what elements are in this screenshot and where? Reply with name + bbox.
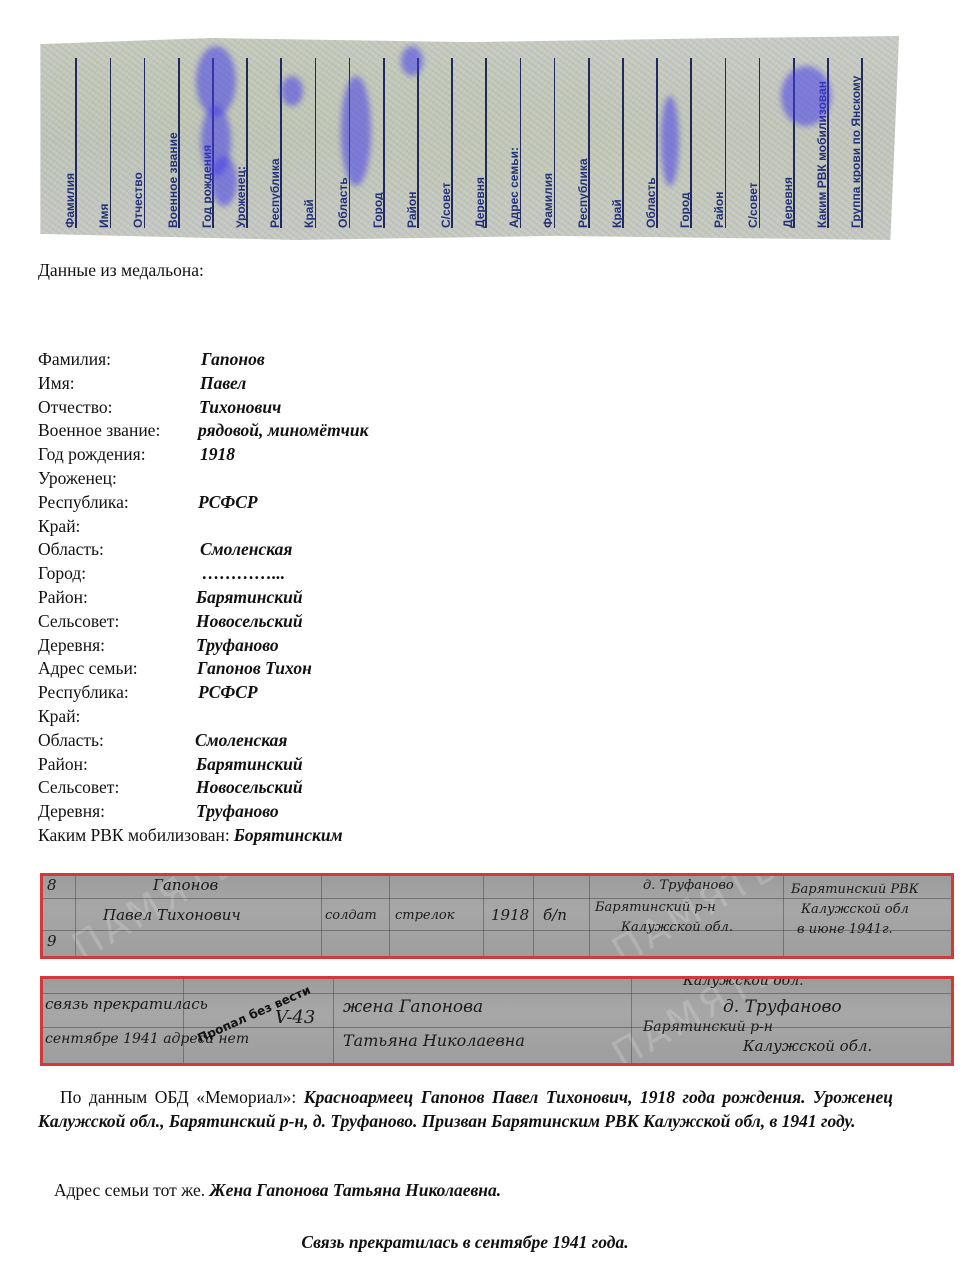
field-label: Военное звание: [38, 419, 160, 443]
field-row: Фамилия:Гапонов [38, 348, 343, 372]
field-row: Адрес семьи:Гапонов Тихон [38, 657, 343, 681]
form-label: Адрес семьи: [507, 147, 521, 228]
form-column: Край [302, 58, 316, 228]
scan-birthplace: Барятинский р-н [595, 900, 716, 915]
ink-stain [661, 96, 679, 186]
ink-stain [401, 46, 423, 76]
form-column: Группа крови по Янскому [849, 58, 863, 228]
field-value: Новосельский [196, 610, 303, 634]
form-label: Фамилия [63, 173, 77, 228]
ink-stain [211, 156, 237, 206]
field-label: Край: [38, 515, 80, 539]
field-value: РСФСР [198, 681, 258, 705]
form-column: Город [371, 58, 385, 228]
field-row: Район:Барятинский [38, 753, 343, 777]
field-label: Республика: [38, 491, 129, 515]
scan-conscription: Барятинский РВК [791, 882, 919, 897]
scan-reason: связь прекратилась [45, 995, 208, 1013]
closing-statement: Связь прекратилась в сентябре 1941 года. [0, 1230, 930, 1254]
field-row: Район:Барятинский [38, 586, 343, 610]
field-row: Каким РВК мобилизован:Борятинским [38, 824, 343, 848]
field-label: Уроженец: [38, 467, 117, 491]
field-label: Сельсовет: [38, 776, 119, 800]
field-row: Сельсовет:Новосельский [38, 610, 343, 634]
field-value: Павел [200, 372, 246, 396]
form-label: Военное звание [166, 132, 180, 228]
field-value: Гапонов Тихон [197, 657, 312, 681]
form-column: Район [405, 58, 419, 228]
medallion-fields: Фамилия:ГапоновИмя:ПавелОтчество:Тихонов… [38, 348, 343, 848]
field-label: Область: [38, 729, 104, 753]
field-label: Фамилия: [38, 348, 111, 372]
medallion-form-image: ФамилияИмяОтчествоВоенное званиеГод рожд… [40, 36, 899, 240]
form-label: Город [678, 192, 692, 228]
form-label: Имя [97, 203, 111, 228]
field-label: Район: [38, 586, 88, 610]
field-row: Республика:РСФСР [38, 681, 343, 705]
form-column: Район [712, 58, 726, 228]
field-value: Труфаново [196, 634, 279, 658]
form-label: Республика [576, 158, 590, 228]
scan-address: Калужской обл. [743, 1037, 872, 1055]
field-row: Республика:РСФСР [38, 491, 343, 515]
form-label: Область [644, 177, 658, 228]
field-row: Край: [38, 515, 343, 539]
field-label: Имя: [38, 372, 75, 396]
field-value: Новосельский [196, 776, 303, 800]
form-column: Область [644, 58, 658, 228]
form-column: Деревня [473, 58, 487, 228]
form-column: Фамилия [541, 58, 555, 228]
scan-birthplace: д. Труфаново [643, 878, 734, 893]
form-label: Деревня [473, 177, 487, 228]
form-column: Республика [576, 58, 590, 228]
scan-specialty: стрелок [395, 908, 455, 923]
field-value: Барятинский [196, 586, 303, 610]
family-paragraph: Адрес семьи тот же. Жена Гапонова Татьян… [38, 1178, 893, 1202]
field-row: Военное звание:рядовой, миномётчик [38, 419, 343, 443]
form-column: Имя [97, 58, 111, 228]
form-label: Фамилия [541, 173, 555, 228]
field-label: Республика: [38, 681, 129, 705]
family-lead: Адрес семьи тот же. [54, 1180, 205, 1200]
field-label: Край: [38, 705, 80, 729]
field-row: Уроженец: [38, 467, 343, 491]
form-column: Отчество [131, 58, 145, 228]
field-value: Тихонович [199, 396, 281, 420]
scan-name: Павел Тихонович [103, 906, 241, 924]
field-label: Деревня: [38, 800, 105, 824]
field-label: Деревня: [38, 634, 105, 658]
form-label: Район [712, 192, 726, 228]
field-value: Труфаново [196, 800, 279, 824]
scan-relative: жена Гапонова [343, 997, 483, 1017]
scan-birthplace: Калужской обл. [621, 920, 733, 935]
field-row: Область:Смоленская [38, 538, 343, 562]
form-label: Республика [268, 158, 282, 228]
scan-address: Барятинский р-н [643, 1019, 773, 1035]
scan-conscription: в июне 1941г. [797, 922, 893, 937]
field-row: Деревня:Труфаново [38, 634, 343, 658]
field-label: Отчество: [38, 396, 112, 420]
obd-memorial-paragraph: По данным ОБД «Мемориал»: Красноармеец Г… [38, 1085, 893, 1133]
form-label: С/совет [746, 182, 760, 228]
field-row: Край: [38, 705, 343, 729]
form-column: Город [678, 58, 692, 228]
form-label: С/совет [439, 182, 453, 228]
field-label: Сельсовет: [38, 610, 119, 634]
obd-lead: По данным ОБД «Мемориал»: [60, 1087, 296, 1107]
field-row: Деревня:Труфаново [38, 800, 343, 824]
scan-conscription: Калужской обл [801, 902, 909, 917]
family-text: Жена Гапонова Татьяна Николаевна. [210, 1180, 502, 1200]
form-column: Край [610, 58, 624, 228]
form-column: С/совет [746, 58, 760, 228]
field-row: Год рождения:1918 [38, 443, 343, 467]
field-label: Адрес семьи: [38, 657, 138, 681]
form-column: Военное звание [166, 58, 180, 228]
form-label: Край [302, 199, 316, 228]
field-label: Каким РВК мобилизован: [38, 824, 230, 848]
section-heading: Данные из медальона: [38, 260, 204, 281]
archive-record-scan-1: ПАМЯТЬ ПАМЯТЬ 8 9 Гапонов Павел Тихонови… [40, 873, 954, 959]
scan-year: 1918 [491, 906, 529, 924]
field-row: Город:…………... [38, 562, 343, 586]
ink-stain [341, 76, 371, 186]
scan-address: Калужской обл. [683, 976, 804, 989]
form-column: С/совет [439, 58, 453, 228]
form-label: Деревня [781, 177, 795, 228]
field-value: Борятинским [234, 825, 343, 845]
form-label: Область [336, 177, 350, 228]
field-value: …………... [202, 562, 285, 586]
scan-status: б/п [543, 906, 567, 924]
field-value: РСФСР [198, 491, 258, 515]
field-label: Год рождения: [38, 443, 146, 467]
field-row: Отчество:Тихонович [38, 396, 343, 420]
scan-surname: Гапонов [153, 876, 218, 894]
scan-address: д. Труфаново [723, 997, 842, 1017]
form-label: Край [610, 199, 624, 228]
field-label: Область: [38, 538, 104, 562]
scan-rank: солдат [325, 908, 377, 923]
form-column: Республика [268, 58, 282, 228]
stamp-code: V-43 [275, 1007, 315, 1028]
form-label: Группа крови по Янскому [849, 76, 863, 228]
form-column: Фамилия [63, 58, 77, 228]
row-number: 9 [47, 932, 57, 950]
form-label: Район [405, 192, 419, 228]
archive-record-scan-2: ПАМЯТЬ связь прекратилась сентябре 1941 … [40, 976, 954, 1066]
field-value: Смоленская [195, 729, 287, 753]
field-value: 1918 [200, 443, 235, 467]
field-label: Район: [38, 753, 88, 777]
field-label: Город: [38, 562, 86, 586]
field-row: Область:Смоленская [38, 729, 343, 753]
row-number: 8 [47, 876, 57, 894]
field-row: Сельсовет:Новосельский [38, 776, 343, 800]
field-value: Барятинский [196, 753, 303, 777]
form-column: Адрес семьи: [507, 58, 521, 228]
field-value: Гапонов [201, 348, 265, 372]
field-value: Смоленская [200, 538, 292, 562]
field-value: рядовой, миномётчик [198, 419, 368, 443]
field-row: Имя:Павел [38, 372, 343, 396]
ink-stain [781, 66, 831, 126]
form-label: Отчество [131, 172, 145, 228]
form-label: Город [371, 192, 385, 228]
ink-stain [281, 76, 303, 106]
scan-relative: Татьяна Николаевна [343, 1031, 525, 1050]
